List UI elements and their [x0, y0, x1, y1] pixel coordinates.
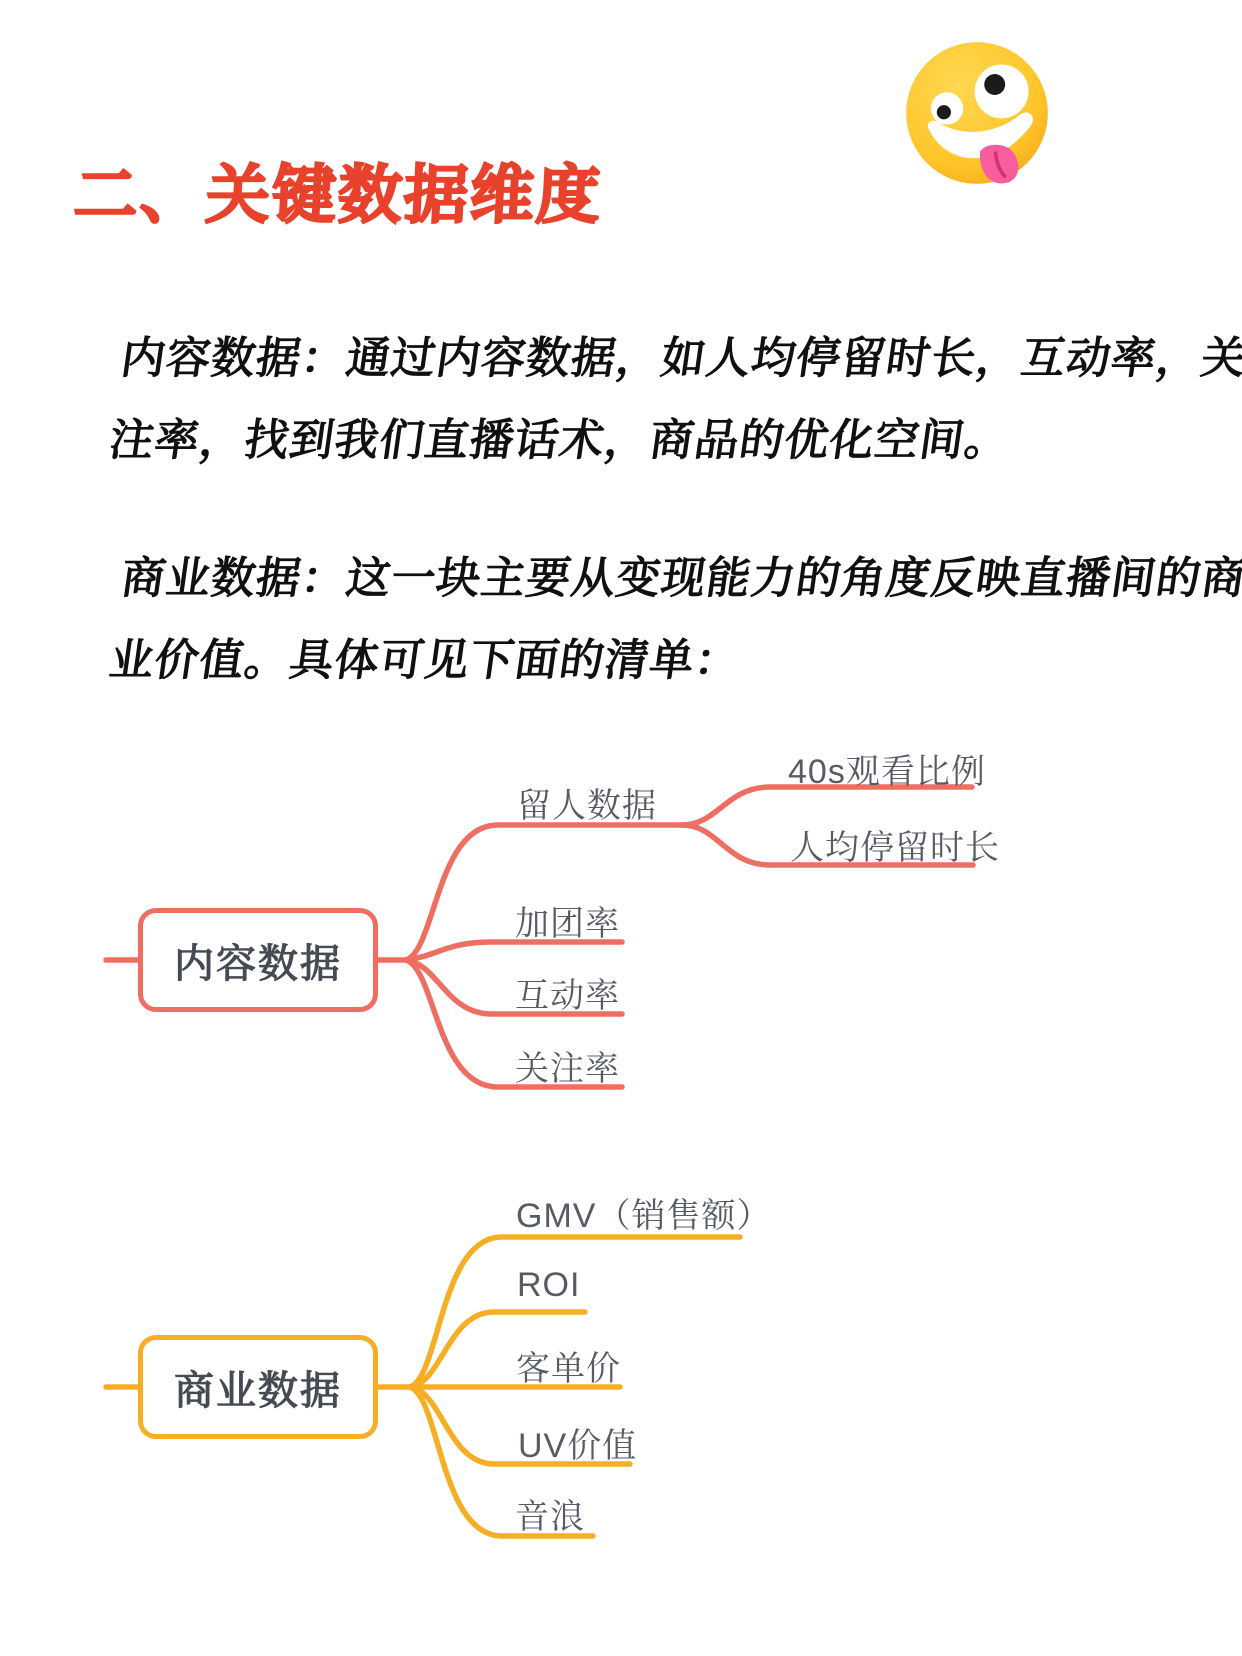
map1-branch-label-3: 关注率 [515, 1041, 620, 1090]
map1-branch-label-1: 加团率 [515, 896, 620, 945]
infographic-page: 二、关键数据维度 内容数据：通过内容数据，如人均停留时长，互动率，关 注率，找到… [0, 0, 1242, 1656]
map1-branch-label-2: 互动率 [515, 968, 620, 1017]
map2-branch-label-3: UV价值 [518, 1418, 637, 1467]
map1-child-label-0-1: 人均停留时长 [790, 820, 1000, 869]
map2-branch-label-0: GMV（销售额） [516, 1188, 771, 1237]
map1-child-label-0-0: 40s观看比例 [788, 744, 986, 793]
map2-branch-label-4: 音浪 [515, 1489, 585, 1538]
map2-branch-label-2: 客单价 [516, 1341, 621, 1390]
map2-branch-label-1: ROI [517, 1266, 580, 1305]
map1-branch-label-0: 留人数据 [517, 778, 657, 827]
map2-root-node: 商业数据 [138, 1335, 378, 1439]
map1-root-node: 内容数据 [138, 908, 378, 1012]
